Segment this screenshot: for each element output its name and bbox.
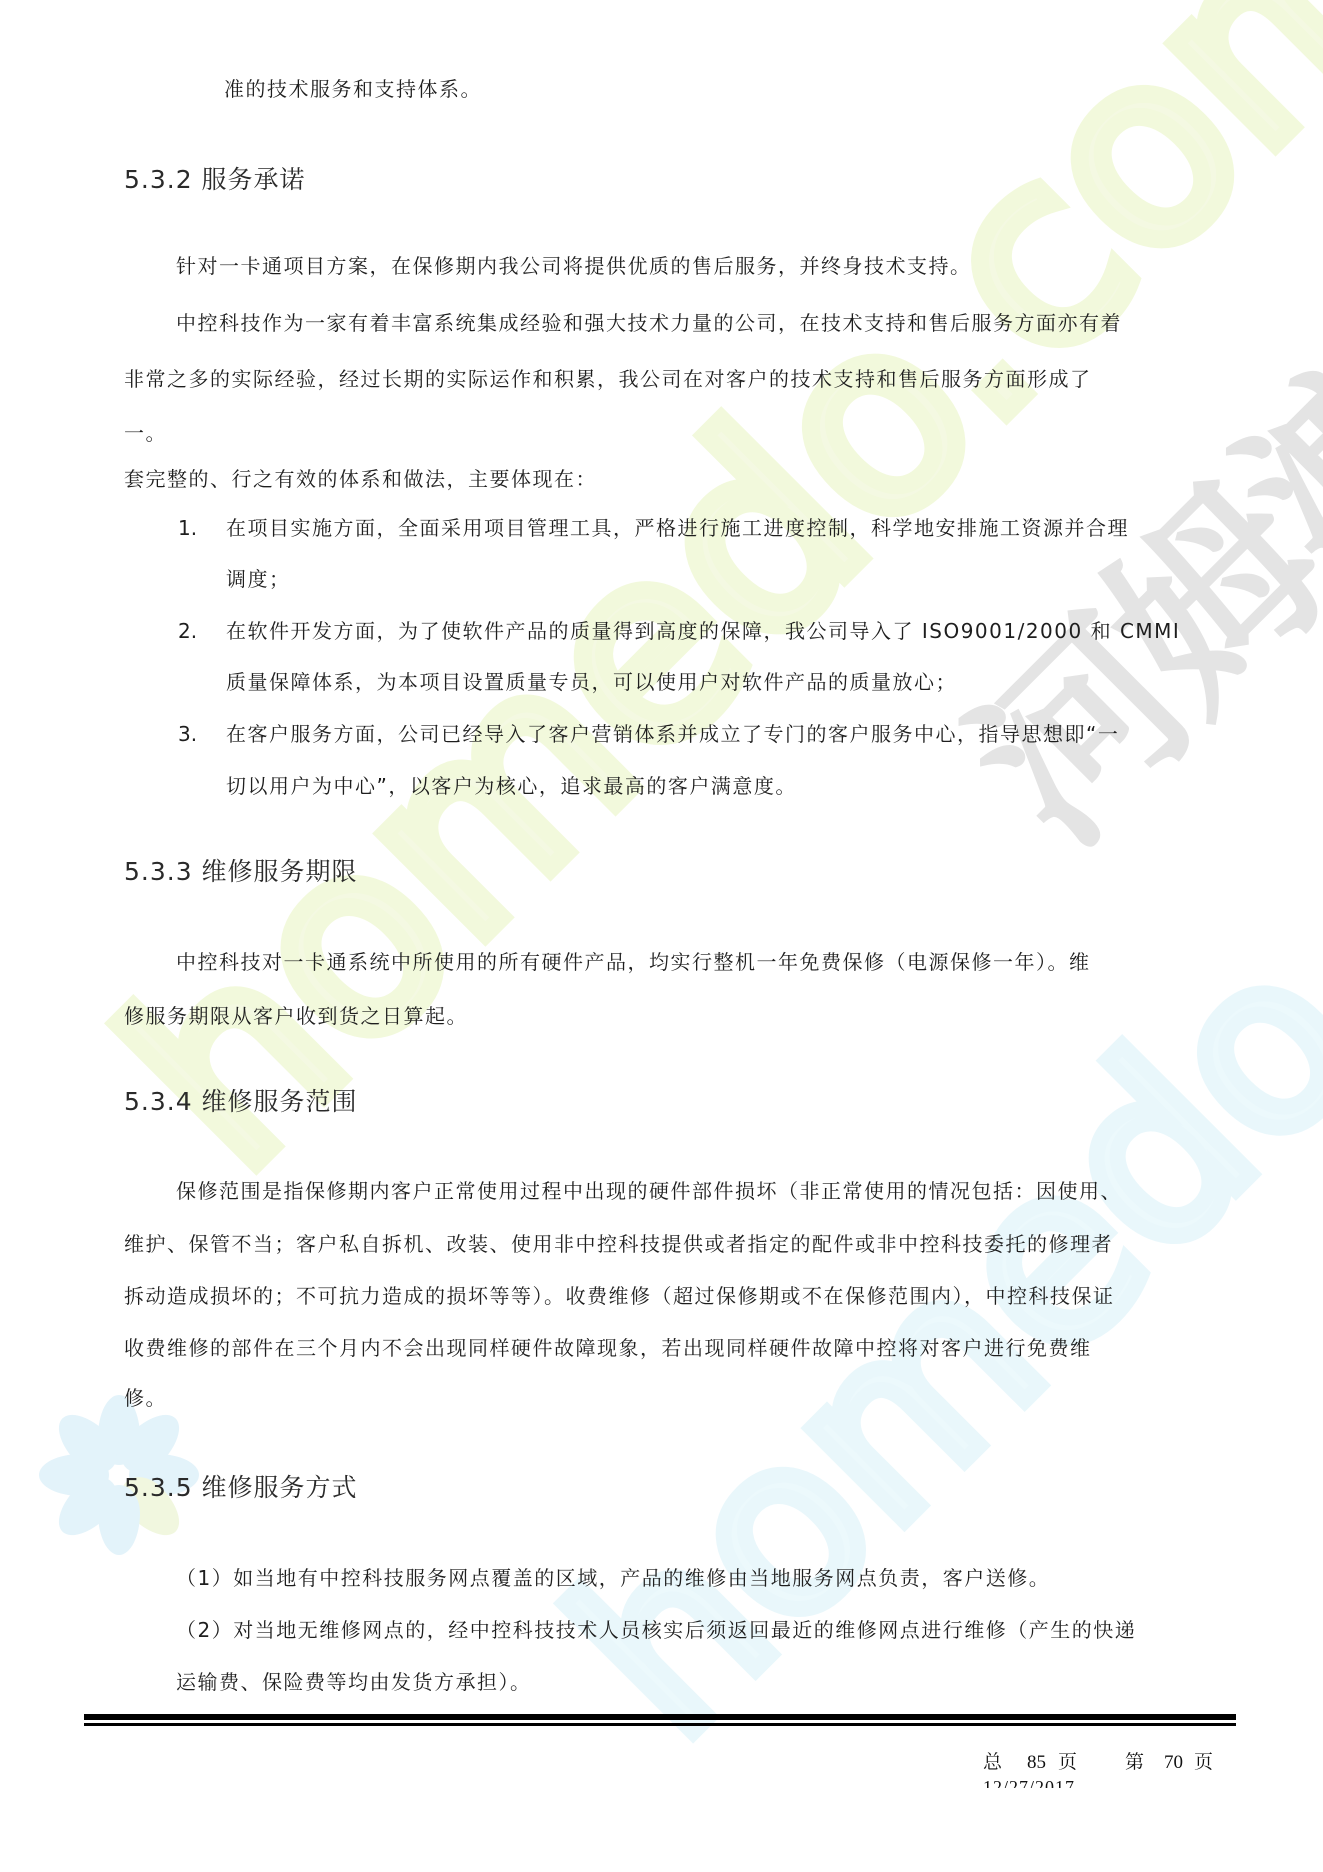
footer-date: 12/27/2017 xyxy=(983,1776,1075,1788)
intro-tail-text: 准的技术服务和支持体系。 xyxy=(224,75,482,103)
document-page: homedo.com homedo.com 河姆渡 准的技术服务和支持体系。 5… xyxy=(0,0,1323,1872)
footer-current-page: 70 xyxy=(1164,1752,1183,1774)
paragraph: 非常之多的实际经验，经过长期的实际运作和积累，我公司在对客户的技术支持和售后服务… xyxy=(124,365,1092,393)
footer-rule-thin xyxy=(84,1723,1236,1726)
heading-5-3-2: 5.3.2 服务承诺 xyxy=(124,164,306,196)
heading-5-3-3: 5.3.3 维修服务期限 xyxy=(124,856,358,888)
paragraph: 一。 xyxy=(124,419,167,447)
list-number: 3. xyxy=(178,720,197,748)
paragraph: 维护、保管不当；客户私自拆机、改装、使用非中控科技提供或者指定的配件或非中控科技… xyxy=(124,1230,1113,1258)
paragraph: 保修范围是指保修期内客户正常使用过程中出现的硬件部件损坏（非正常使用的情况包括：… xyxy=(176,1177,1122,1205)
paragraph: 收费维修的部件在三个月内不会出现同样硬件故障现象，若出现同样硬件故障中控将对客户… xyxy=(124,1334,1092,1362)
footer-total-pages: 85 xyxy=(1027,1752,1046,1774)
list-item-line: 在项目实施方面，全面采用项目管理工具，严格进行施工进度控制，科学地安排施工资源并… xyxy=(226,514,1129,542)
paragraph: 运输费、保险费等均由发货方承担）。 xyxy=(176,1668,532,1696)
footer-total-label: 总 xyxy=(983,1752,1002,1774)
list-item-line: 切以用户为中心”，以客户为核心，追求最高的客户满意度。 xyxy=(226,772,797,800)
heading-5-3-5: 5.3.5 维修服务方式 xyxy=(124,1472,358,1504)
paragraph: 中控科技作为一家有着丰富系统集成经验和强大技术力量的公司，在技术支持和售后服务方… xyxy=(176,309,1122,337)
footer-rule-thick xyxy=(84,1714,1236,1720)
paragraph: 中控科技对一卡通系统中所使用的所有硬件产品，均实行整机一年免费保修（电源保修一年… xyxy=(176,948,1091,976)
footer-current-label: 第 xyxy=(1125,1752,1144,1774)
list-item-line: 在软件开发方面，为了使软件产品的质量得到高度的保障，我公司导入了 ISO9001… xyxy=(226,617,1180,645)
list-number: 2. xyxy=(178,617,197,645)
paragraph: 修。 xyxy=(124,1384,167,1412)
paragraph: （2）对当地无维修网点的，经中控科技技术人员核实后须返回最近的维修网点进行维修（… xyxy=(176,1616,1136,1644)
paragraph: 针对一卡通项目方案，在保修期内我公司将提供优质的售后服务，并终身技术支持。 xyxy=(176,252,972,280)
list-item-line: 调度； xyxy=(226,565,291,593)
heading-5-3-4: 5.3.4 维修服务范围 xyxy=(124,1086,358,1118)
paragraph: （1）如当地有中控科技服务网点覆盖的区域，产品的维修由当地服务网点负责，客户送修… xyxy=(176,1564,1050,1592)
paragraph: 修服务期限从客户收到货之日算起。 xyxy=(124,1002,468,1030)
list-item-line: 质量保障体系，为本项目设置质量专员，可以使用户对软件产品的质量放心； xyxy=(226,668,957,696)
footer-current-unit: 页 xyxy=(1194,1752,1213,1774)
paragraph: 拆动造成损坏的；不可抗力造成的损坏等等）。收费维修（超过保修期或不在保修范围内）… xyxy=(124,1282,1115,1310)
list-number: 1. xyxy=(178,514,197,542)
footer-total-unit: 页 xyxy=(1058,1752,1077,1774)
paragraph: 套完整的、行之有效的体系和做法，主要体现在： xyxy=(124,465,597,493)
list-item-line: 在客户服务方面，公司已经导入了客户营销体系并成立了专门的客户服务中心，指导思想即… xyxy=(226,720,1119,748)
